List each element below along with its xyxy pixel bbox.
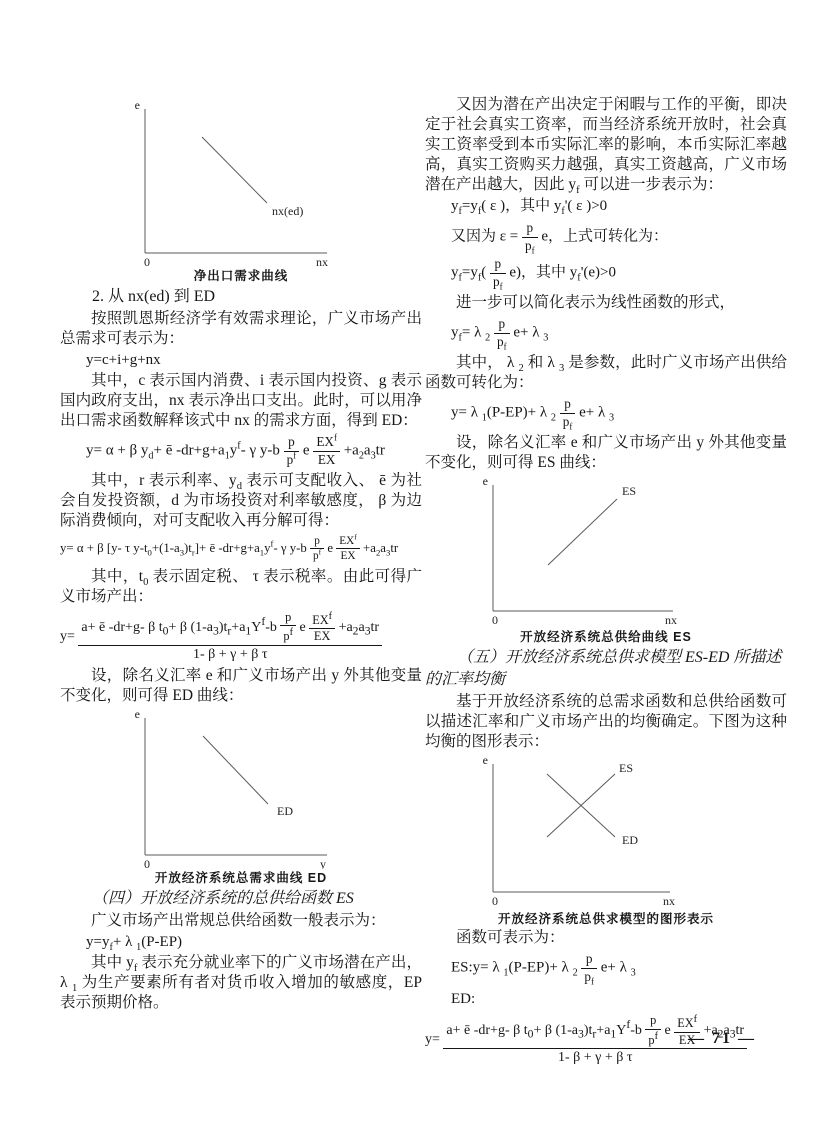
- right-column: 又因为潜在产出决定于闲暇与工作的平衡，即决定于社会真实工资率，而当经济系统开放时…: [425, 95, 787, 1070]
- curve-label: ED: [277, 804, 293, 818]
- label-ed: ED:: [451, 988, 787, 1010]
- es-ed-model-chart: e ES ED 0 nx 开放经济系统总供求模型的图形表示: [425, 752, 787, 928]
- formula-ed-1: y= α + β yd+ ē -dr+g+a1yf- γ y-b ppf e E…: [86, 435, 422, 467]
- section-heading-nx-to-ed: 2. 从 nx(ed) 到 ED: [60, 286, 422, 308]
- formula-yf-epsilon: yf=yf( ε )，其中 yf'( ε )>0: [451, 195, 787, 217]
- paragraph-tax-definitions: 其中，t0 表示固定税、 τ 表示税率。由此可得广义市场产出：: [60, 567, 422, 607]
- paragraph-potential-output: 又因为潜在产出决定于闲暇与工作的平衡，即决定于社会真实工资率，而当经济系统开放时…: [425, 95, 787, 195]
- y-axis-label: e: [483, 753, 488, 767]
- formula-ed-2: y= α + β [y- τ y-t0+(1-a3)tr]+ ē -dr+g+a…: [60, 535, 422, 563]
- formula-output-fraction: y= a+ ē -dr+g- β t0+ β (1-a3)tr+a1Yf-b p…: [60, 611, 422, 663]
- formula-y-sum: y=c+i+g+nx: [86, 349, 422, 371]
- paragraph-linear-form: 进一步可以简化表示为线性函数的形式，: [425, 293, 787, 313]
- es-curve-chart: e ES 0 nx 开放经济系统总供给曲线 ES: [425, 473, 787, 646]
- paragraph-supply-intro: 广义市场产出常规总供给函数一般表示为：: [60, 911, 422, 931]
- y-axis-label: e: [135, 707, 140, 721]
- paragraph-set-es-curve: 设，除名义汇率 e 和广义市场产出 y 外其他变量不变化，则可得 ES 曲线：: [425, 433, 787, 473]
- origin-label: 0: [492, 894, 498, 908]
- ed-curve-plot: e ED 0 y: [60, 706, 400, 869]
- nx-ed-curve: [202, 137, 267, 203]
- line-epsilon-definition: 又因为 ε = ppf e，上式可转化为：: [451, 221, 787, 253]
- y-axis-label: e: [483, 474, 488, 488]
- y-axis-label: e: [135, 98, 140, 112]
- section-heading-five: （五）开放经济系统总供求模型 ES-ED 所描述的汇率均衡: [425, 647, 787, 691]
- net-export-demand-chart: e nx(ed) 0 nx 净出口需求曲线: [60, 95, 422, 285]
- chart-caption: 开放经济系统总需求曲线 ED: [60, 869, 422, 887]
- paragraph-set-ed-curve: 设，除名义汇率 e 和广义市场产出 y 外其他变量不变化，则可得 ED 曲线：: [60, 666, 422, 706]
- ed-label: ED: [622, 833, 638, 847]
- left-column: e nx(ed) 0 nx 净出口需求曲线 2. 从 nx(ed) 到 ED 按…: [60, 95, 422, 1013]
- formula-supply: y=yf+ λ 1(P-EP): [86, 931, 422, 953]
- es-label: ES: [619, 761, 633, 775]
- x-axis-label: y: [320, 857, 326, 869]
- origin-label: 0: [144, 255, 150, 267]
- section-heading-four: （四）开放经济系统的总供给函数 ES: [60, 888, 422, 910]
- es-ed-model-plot: e ES ED 0 nx: [425, 752, 765, 910]
- x-axis-label: nx: [663, 894, 675, 908]
- x-axis-label: nx: [316, 255, 328, 267]
- es-curve: [548, 499, 617, 565]
- formula-yf-e: yf=yf( ppf e)，其中 yf'(e)>0: [451, 257, 787, 289]
- paragraph-demand-components: 其中，c 表示国内消费、i 表示国内投资、g 表示国内政府支出，nx 表示净出口…: [60, 371, 422, 431]
- ed-curve-chart: e ED 0 y 开放经济系统总需求曲线 ED: [60, 706, 422, 887]
- paragraph-variable-definitions: 其中，r 表示利率、yd 表示可支配收入、 ē 为社会自发投资额，d 为市场投资…: [60, 471, 422, 531]
- paragraph-yf-definition: 其中 yf 表示充分就业率下的广义市场潜在产出， λ 1 为生产要素所有者对货币…: [60, 953, 422, 1013]
- es-curve-plot: e ES 0 nx: [425, 473, 765, 628]
- paragraph-keynes-demand: 按照凯恩斯经济学有效需求理论，广义市场产出总需求可表示为：: [60, 309, 422, 349]
- ed-curve: [203, 736, 268, 804]
- net-export-demand-plot: e nx(ed) 0 nx: [60, 95, 400, 267]
- x-axis-label: nx: [665, 613, 677, 627]
- origin-label: 0: [144, 857, 150, 869]
- formula-es: y= λ 1(P-EP)+ λ 2 ppf e+ λ 3: [451, 397, 787, 429]
- paragraph-parameters: 其中， λ 2 和 λ 3 是参数，此时广义市场产出供给函数可转化为：: [425, 353, 787, 393]
- chart-caption: 净出口需求曲线: [60, 267, 422, 285]
- chart-caption: 开放经济系统总供给曲线 ES: [425, 628, 787, 646]
- curve-label: nx(ed): [272, 204, 303, 218]
- chart-caption: 开放经济系统总供求模型的图形表示: [425, 910, 787, 928]
- formula-yf-linear: yf= λ 2 ppf e+ λ 3: [451, 317, 787, 349]
- paragraph-equilibrium: 基于开放经济系统的总需求函数和总供给函数可以描述汇率和广义市场产出的均衡确定。下…: [425, 692, 787, 752]
- curve-label: ES: [622, 484, 636, 498]
- formula-es-full: ES:y= λ 1(P-EP)+ λ 2 ppf e+ λ 3: [451, 952, 787, 984]
- paragraph-functions-intro: 函数可表示为：: [425, 928, 787, 948]
- page-number: — 71 —: [688, 1030, 756, 1048]
- origin-label: 0: [492, 613, 498, 627]
